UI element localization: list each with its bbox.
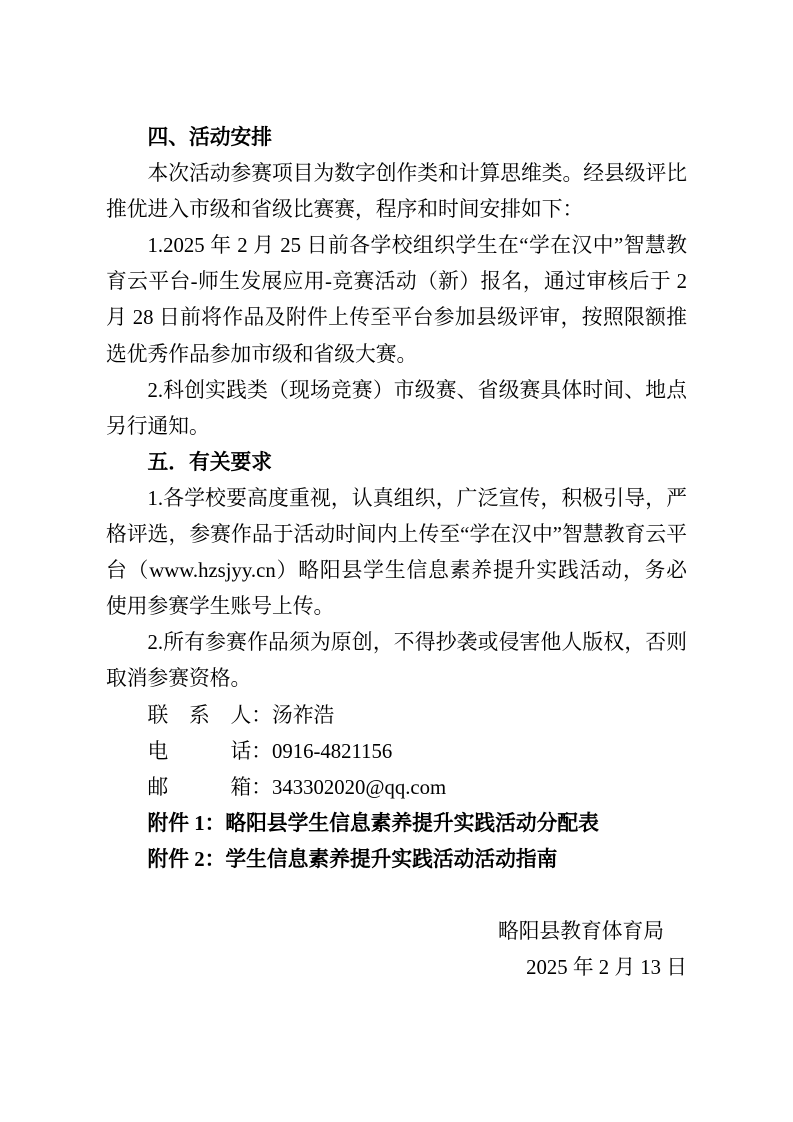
document-body: 四、活动安排本次活动参赛项目为数字创作类和计算思维类。经县级评比推优进入市级和省… [0, 0, 793, 986]
doc-line-heading-0: 四、活动安排 [106, 120, 687, 156]
doc-line-heading-4: 五．有关要求 [106, 445, 687, 481]
blank-line [106, 878, 687, 914]
doc-line-attachment-10: 附件 1：略阳县学生信息素养提升实践活动分配表 [106, 806, 687, 842]
doc-line-para-5: 1.各学校要高度重视，认真组织，广泛宣传，积极引导，严格评选，参赛作品于活动时间… [106, 481, 687, 625]
document-blocks: 四、活动安排本次活动参赛项目为数字创作类和计算思维类。经县级评比推优进入市级和省… [106, 120, 687, 878]
doc-line-para-3: 2.科创实践类（现场竞赛）市级赛、省级赛具体时间、地点另行通知。 [106, 373, 687, 445]
doc-line-para-1: 本次活动参赛项目为数字创作类和计算思维类。经县级评比推优进入市级和省级比赛赛，程… [106, 156, 687, 228]
doc-line-contact-9: 邮 箱：343302020@qq.com [106, 770, 687, 806]
signature-org: 略阳县教育体育局 [106, 914, 664, 950]
doc-line-contact-7: 联 系 人：汤祚浩 [106, 698, 687, 734]
doc-line-para-6: 2.所有参赛作品须为原创，不得抄袭或侵害他人版权，否则取消参赛资格。 [106, 625, 687, 697]
doc-line-contact-8: 电 话：0916-4821156 [106, 734, 687, 770]
doc-line-attachment-11: 附件 2：学生信息素养提升实践活动活动指南 [106, 842, 687, 878]
document-page: 四、活动安排本次活动参赛项目为数字创作类和计算思维类。经县级评比推优进入市级和省… [0, 0, 793, 1122]
doc-line-para-2: 1.2025 年 2 月 25 日前各学校组织学生在“学在汉中”智慧教育云平台-… [106, 228, 687, 372]
signature-date: 2025 年 2 月 13 日 [106, 950, 687, 986]
